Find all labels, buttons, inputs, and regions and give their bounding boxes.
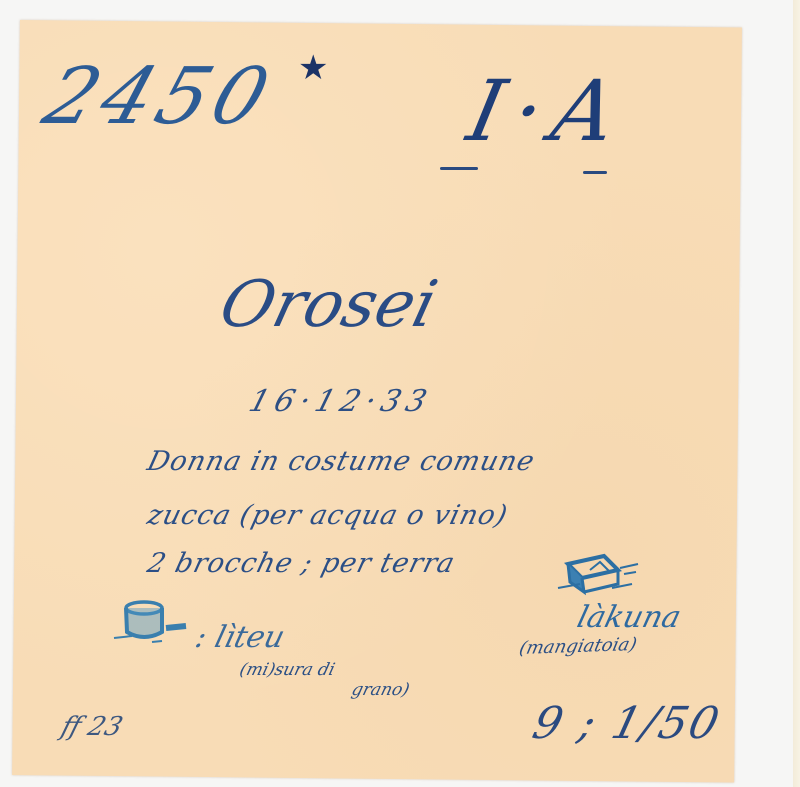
measure-sketch-icon xyxy=(112,598,198,648)
description-line-2: zucca (per acqua o vino) xyxy=(144,500,511,531)
trough-gloss: (mangiatoia) xyxy=(517,634,638,659)
folio-reference: ff 23 xyxy=(58,712,126,742)
star-icon: ★ xyxy=(298,48,328,88)
classification-serif-right xyxy=(583,171,607,174)
trough-label: làkuna xyxy=(574,600,685,635)
adjacent-card-edge xyxy=(793,0,800,787)
place-name: Orosei xyxy=(213,268,444,342)
catalog-number: 2450 xyxy=(33,52,285,142)
classification-serif-left xyxy=(440,167,478,170)
measure-gloss-line-2: grano) xyxy=(350,680,412,700)
record-date: 16·12·33 xyxy=(245,384,437,419)
measure-gloss-line-1: (mi)sura di xyxy=(238,660,337,680)
description-line-3: 2 brocche ; per terra xyxy=(144,548,458,579)
inventory-reference: 9 ; 1/50 xyxy=(528,698,726,749)
description-line-1: Donna in costume comune xyxy=(144,446,538,477)
trough-sketch-icon xyxy=(556,548,646,600)
measure-label: : lìteu xyxy=(192,620,289,655)
